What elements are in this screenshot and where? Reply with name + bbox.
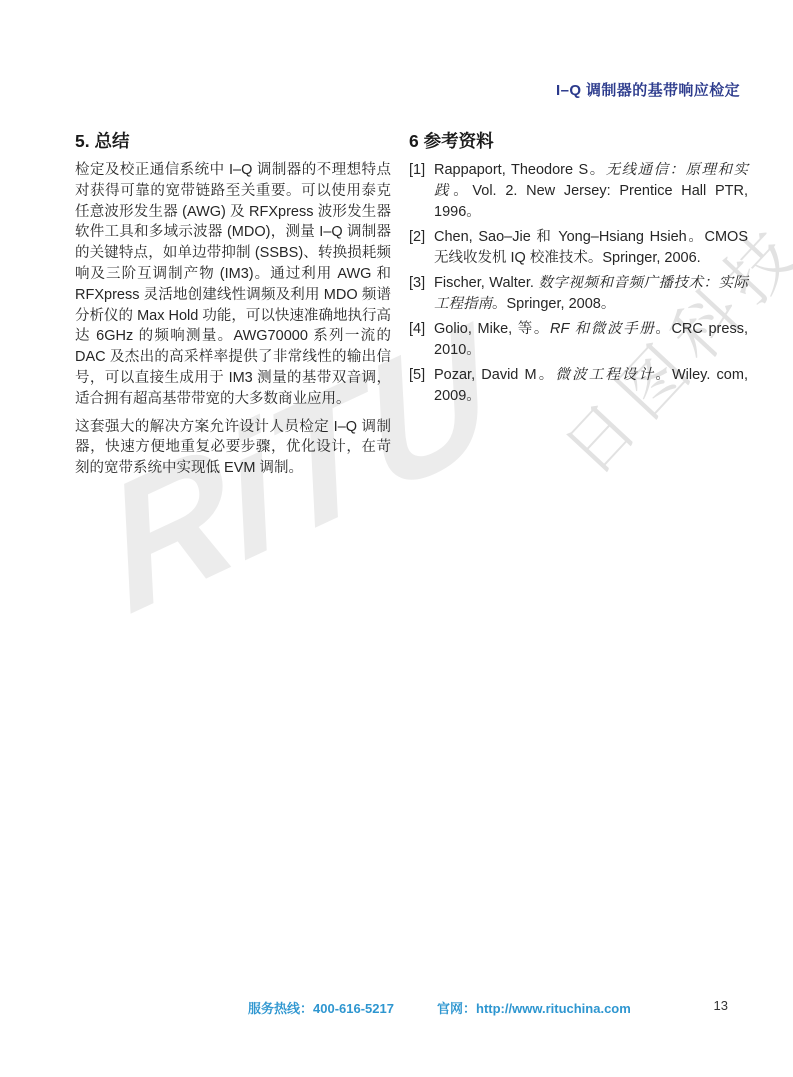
footer-website-url[interactable]: http://www.rituchina.com (476, 1001, 631, 1016)
reference-item: [2]Chen, Sao–Jie 和 Yong–Hsiang Hsieh。CMO… (409, 227, 748, 269)
footer-website-label: 官网： (437, 1001, 476, 1016)
reference-marker: [5] (409, 365, 434, 407)
document-page: RiTU 日图科技 I–Q 调制器的基带响应检定 5. 总结 检定及校正通信系统… (0, 0, 793, 1077)
page-header-title: I–Q 调制器的基带响应检定 (556, 79, 740, 100)
page-number: 13 (714, 998, 728, 1013)
reference-text-segment: Golio, Mike, 等。 (434, 321, 550, 337)
reference-text: Golio, Mike, 等。RF 和微波手册。CRC press, 2010。 (434, 319, 748, 361)
reference-marker: [1] (409, 160, 434, 223)
summary-paragraph-2: 这套强大的解决方案允许设计人员检定 I–Q 调制器，快速方便地重复必要步骤，优化… (75, 417, 391, 479)
reference-text-segment: Rappaport, Theodore S。 (434, 162, 606, 178)
reference-item: [5]Pozar, David M。微波工程设计。Wiley. com, 200… (409, 365, 748, 407)
summary-heading: 5. 总结 (75, 128, 391, 153)
page-footer: 服务热线：400-616-5217 官网：http://www.rituchin… (0, 998, 793, 1020)
footer-hotline: 服务热线：400-616-5217 (248, 998, 394, 1017)
reference-text-segment: Fischer, Walter. (434, 275, 538, 291)
reference-text: Chen, Sao–Jie 和 Yong–Hsiang Hsieh。CMOS 无… (434, 227, 748, 269)
reference-item: [4]Golio, Mike, 等。RF 和微波手册。CRC press, 20… (409, 319, 748, 361)
footer-website: 官网：http://www.rituchina.com (437, 998, 631, 1017)
summary-column: 5. 总结 检定及校正通信系统中 I–Q 调制器的不理想特点对获得可靠的宽带链路… (75, 128, 391, 479)
reference-marker: [2] (409, 227, 434, 269)
reference-text: Pozar, David M。微波工程设计。Wiley. com, 2009。 (434, 365, 748, 407)
references-column: 6 参考资料 [1]Rappaport, Theodore S。无线通信：原理和… (409, 128, 748, 411)
reference-text: Fischer, Walter. 数字视频和音频广播技术：实际工程指南。Spri… (434, 273, 748, 315)
footer-hotline-number: 400-616-5217 (313, 1001, 394, 1016)
references-list: [1]Rappaport, Theodore S。无线通信：原理和实践。Vol.… (409, 160, 748, 407)
reference-title-italic: RF 和微波手册 (550, 321, 655, 337)
reference-title-italic: 微波工程设计 (555, 367, 655, 383)
reference-marker: [3] (409, 273, 434, 315)
reference-item: [1]Rappaport, Theodore S。无线通信：原理和实践。Vol.… (409, 160, 748, 223)
reference-marker: [4] (409, 319, 434, 361)
reference-item: [3]Fischer, Walter. 数字视频和音频广播技术：实际工程指南。S… (409, 273, 748, 315)
reference-text-segment: Pozar, David M。 (434, 367, 555, 383)
references-heading: 6 参考资料 (409, 128, 748, 153)
reference-text-segment: 。Vol. 2. New Jersey: Prentice Hall PTR, … (434, 183, 748, 220)
reference-text: Rappaport, Theodore S。无线通信：原理和实践。Vol. 2.… (434, 160, 748, 223)
reference-text-segment: 。Springer, 2008。 (492, 296, 615, 312)
reference-text-segment: Chen, Sao–Jie 和 Yong–Hsiang Hsieh。CMOS 无… (434, 229, 748, 266)
footer-hotline-label: 服务热线： (248, 1001, 313, 1016)
summary-paragraph-1: 检定及校正通信系统中 I–Q 调制器的不理想特点对获得可靠的宽带链路至关重要。可… (75, 160, 391, 410)
